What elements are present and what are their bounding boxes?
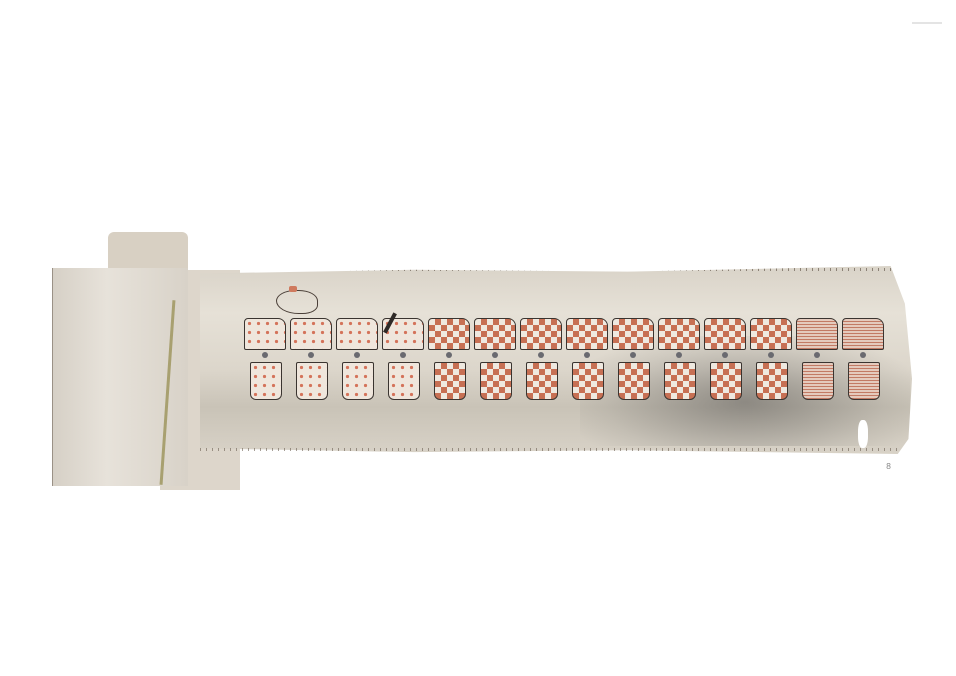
letter [290, 318, 330, 400]
corner-mark: 8 [886, 462, 891, 471]
letter [428, 318, 468, 400]
letter [244, 318, 284, 400]
letter [612, 318, 652, 400]
scale-bar [912, 22, 942, 24]
binder-roll-top [108, 232, 188, 272]
letter [750, 318, 790, 400]
letter [658, 318, 698, 400]
letter [796, 318, 836, 400]
letter [842, 318, 882, 400]
letter [520, 318, 560, 400]
letter [336, 318, 376, 400]
crown-icon [289, 286, 297, 292]
decorated-hebrew-inscription [222, 318, 882, 400]
letter [474, 318, 514, 400]
letter [566, 318, 606, 400]
fabric-tear [858, 420, 868, 448]
letter [704, 318, 744, 400]
bird-drawing-icon [276, 290, 318, 314]
binder-stitched-edge [200, 448, 900, 451]
